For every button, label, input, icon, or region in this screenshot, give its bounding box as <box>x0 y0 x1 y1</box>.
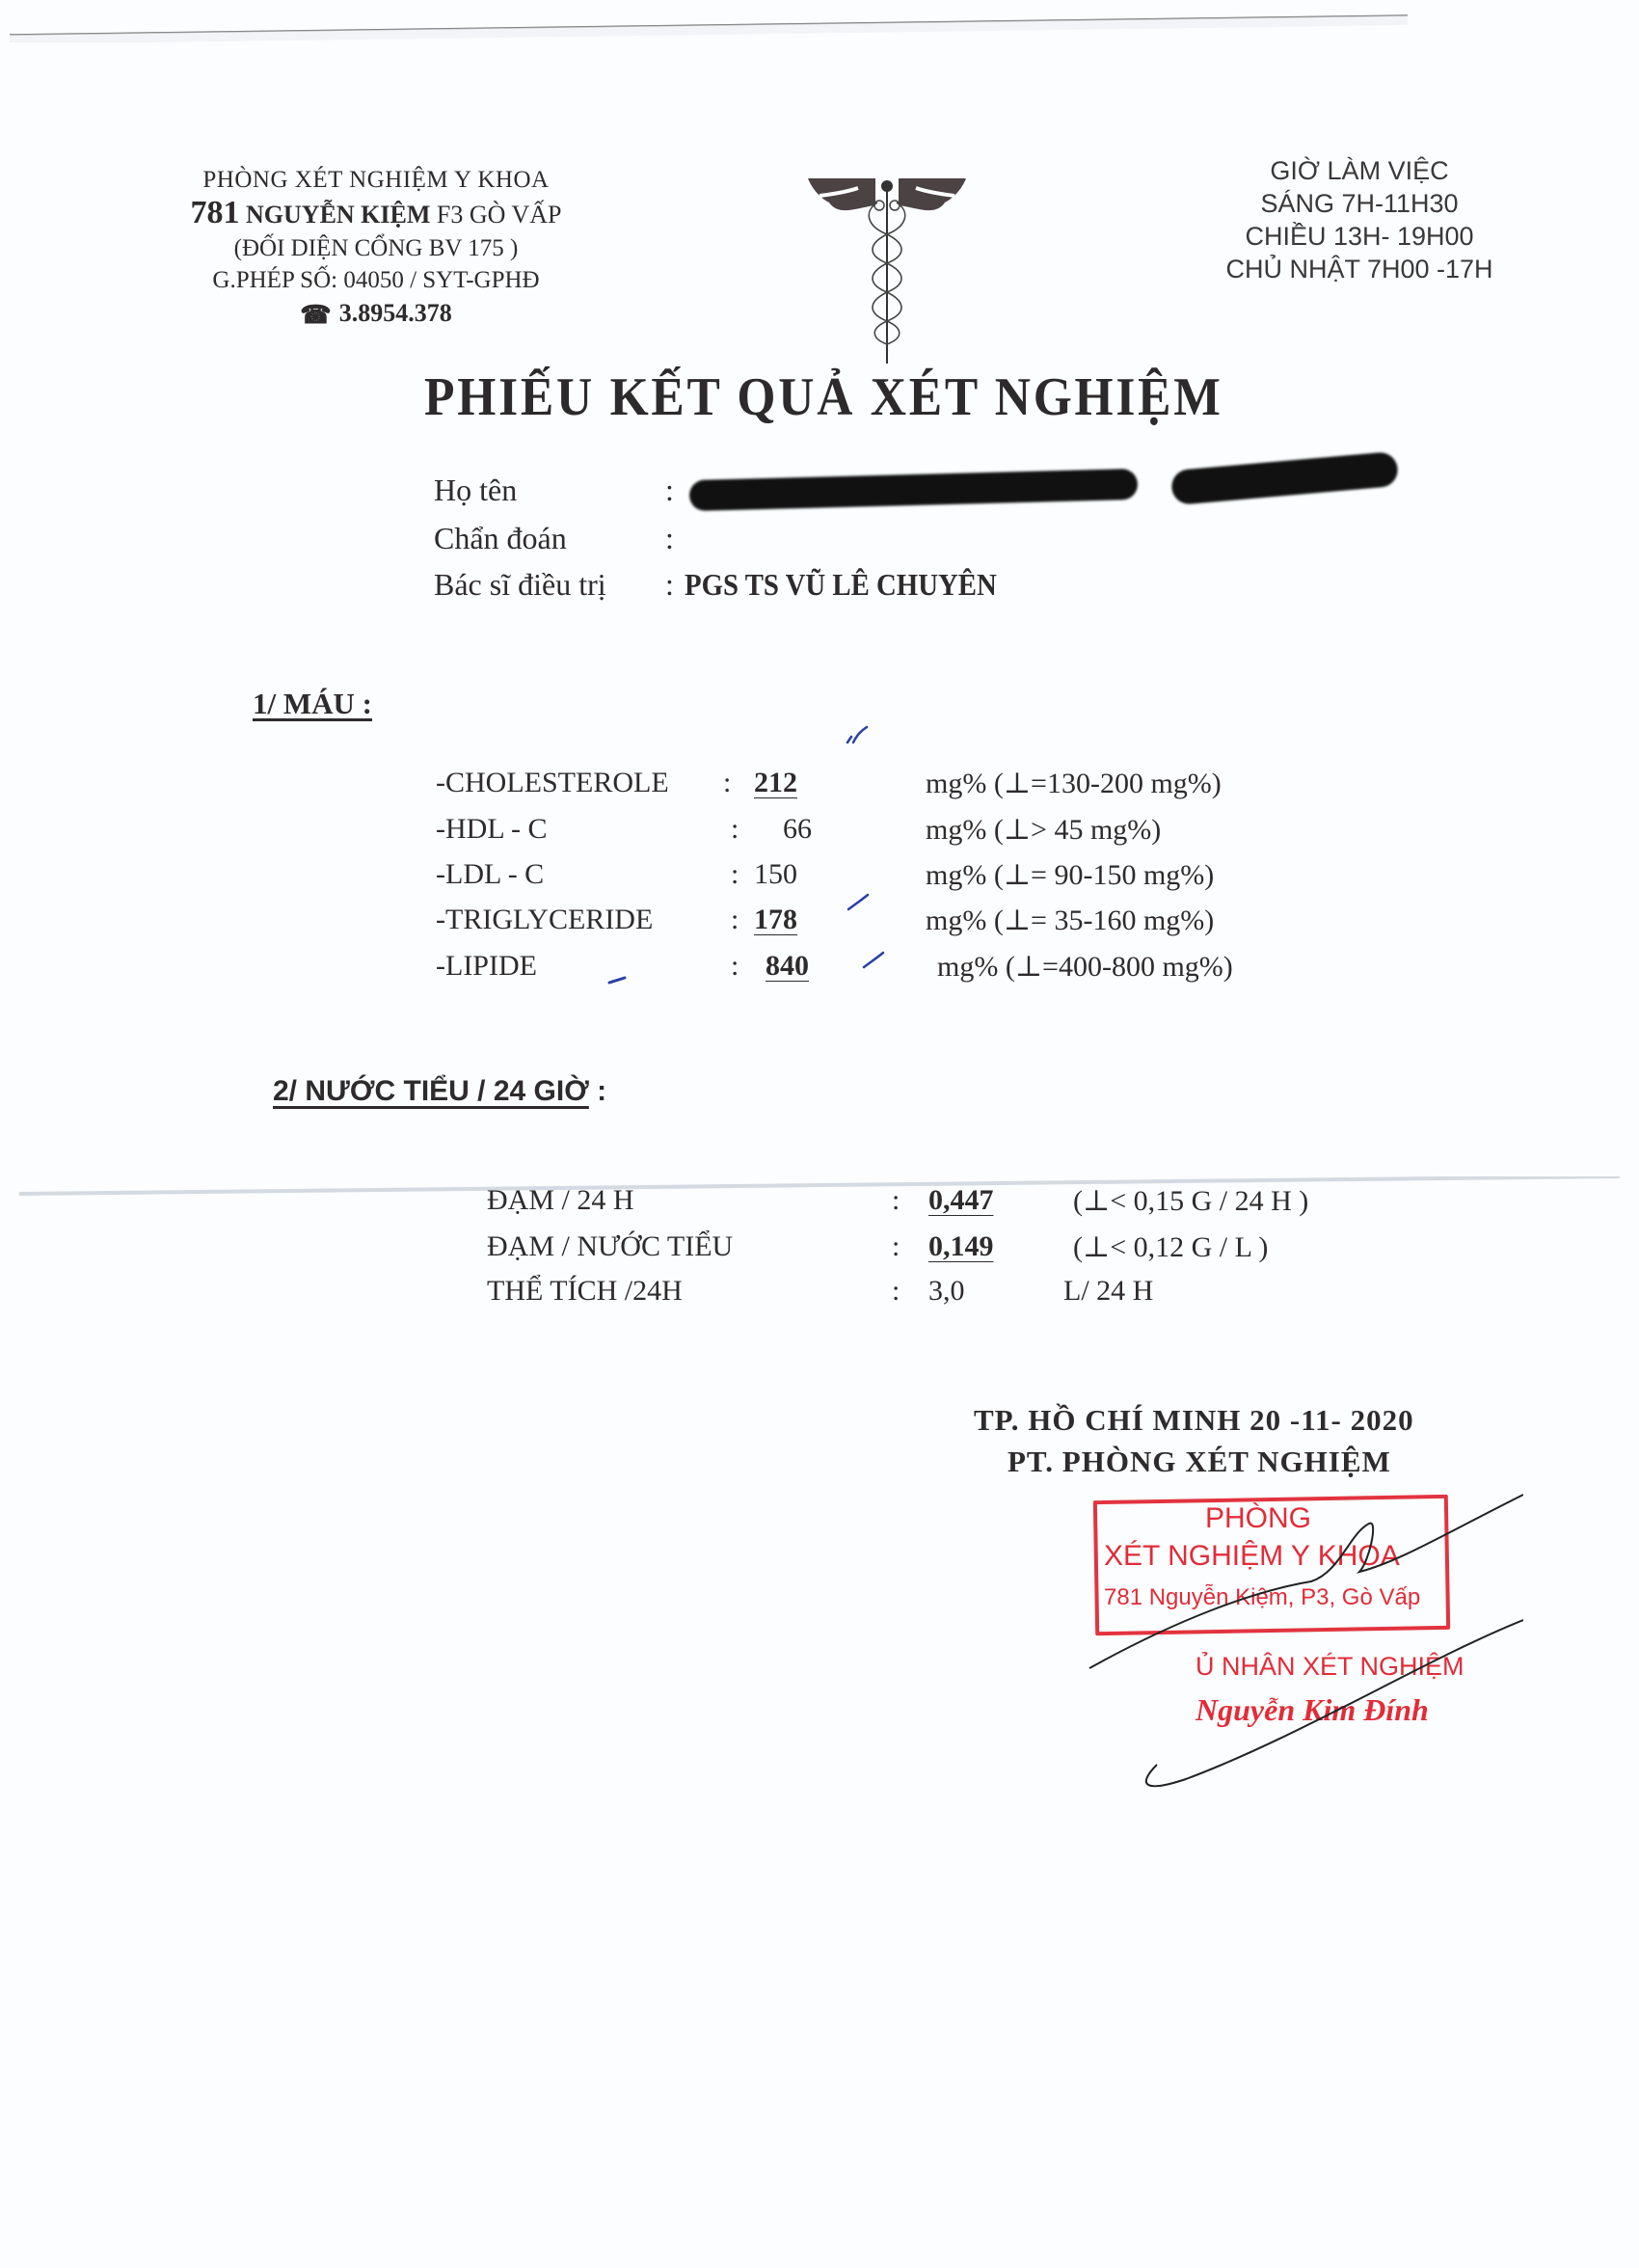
redacted-name-part1 <box>689 469 1139 511</box>
hours-title: GIỜ LÀM VIỆC <box>1196 154 1523 187</box>
hours-morning: SÁNG 7H-11H30 <box>1196 187 1523 220</box>
test-value-abnormal: 840 <box>766 950 809 983</box>
section-urine-heading: 2/ NƯỚC TIỂU / 24 GIỜ : <box>273 1075 606 1108</box>
test-value-abnormal: 0,447 <box>928 1184 994 1217</box>
pen-check-mark <box>844 725 873 746</box>
test-name: -TRIGLYCERIDE <box>436 904 653 936</box>
paper-fold-line <box>0 1176 1639 1196</box>
reference-range: mg% (⊥> 45 mg%) <box>926 813 1161 847</box>
hours-sunday: CHỦ NHẬT 7H00 -17H <box>1196 253 1523 285</box>
pen-dash-mark <box>607 969 636 990</box>
handwritten-signature <box>1061 1475 1523 1794</box>
test-name: -LIPIDE <box>436 950 537 983</box>
doctor-value: PGS TS VŨ LÊ CHUYÊN <box>685 567 997 603</box>
reference-range: (⊥< 0,12 G / L ) <box>1073 1230 1268 1264</box>
patient-name-label: Họ tên <box>434 472 517 508</box>
lab-name: PHÒNG XÉT NGHIỆM Y KHOA <box>125 164 627 196</box>
section-blood-heading: 1/ MÁU : <box>253 687 372 721</box>
working-hours: GIỜ LÀM VIỆC SÁNG 7H-11H30 CHIỀU 13H- 19… <box>1196 154 1523 285</box>
reference-range: (⊥< 0,15 G / 24 H ) <box>1073 1184 1308 1218</box>
test-colon: : <box>892 1184 900 1217</box>
patient-name-colon: : <box>665 472 674 508</box>
test-value: 3,0 <box>928 1275 965 1308</box>
test-colon: : <box>892 1230 900 1263</box>
redacted-name-part2 <box>1170 451 1399 505</box>
test-colon: : <box>731 904 739 936</box>
lab-header: PHÒNG XÉT NGHIỆM Y KHOA 781 NGUYỄN KIỆM … <box>125 164 627 333</box>
test-name: THỂ TÍCH /24H <box>487 1275 683 1308</box>
test-name: -CHOLESTEROLE <box>436 767 669 799</box>
test-colon: : <box>723 767 731 799</box>
reference-range: L/ 24 H <box>1063 1275 1153 1308</box>
doctor-label: Bác sĩ điều trị <box>434 567 606 603</box>
telephone-icon: ☎ <box>300 298 331 333</box>
lab-landmark: (ĐỐI DIỆN CỔNG BV 175 ) <box>125 232 627 264</box>
lab-license: G.PHÉP SỐ: 04050 / SYT-GPHĐ <box>125 264 627 296</box>
test-name: -LDL - C <box>436 858 544 891</box>
department-signatory: PT. PHÒNG XÉT NGHIỆM <box>1008 1444 1391 1479</box>
test-value-abnormal: 178 <box>754 904 797 936</box>
test-value-abnormal: 0,149 <box>928 1230 994 1263</box>
test-colon: : <box>731 858 739 891</box>
hours-afternoon: CHIỀU 13H- 19H00 <box>1196 220 1523 253</box>
lab-address: 781 NGUYỄN KIỆM F3 GÒ VẤP <box>125 196 627 232</box>
place-and-date: TP. HỒ CHÍ MINH 20 -11- 2020 <box>974 1403 1414 1438</box>
test-value-abnormal: 212 <box>754 767 797 799</box>
reference-range: mg% (⊥= 90-150 mg%) <box>926 858 1214 892</box>
test-name: ĐẠM / NƯỚC TIỂU <box>487 1230 733 1263</box>
lab-phone: ☎3.8954.378 <box>125 296 627 333</box>
pen-check-mark <box>845 892 873 913</box>
diagnosis-label: Chẩn đoán <box>434 521 567 556</box>
test-colon: : <box>731 950 739 983</box>
test-name: ĐẠM / 24 H <box>487 1184 634 1217</box>
test-name: -HDL - C <box>436 813 548 846</box>
caduceus-icon <box>800 159 974 366</box>
reference-range: mg% (⊥=130-200 mg%) <box>926 767 1222 800</box>
document-title: PHIẾU KẾT QUẢ XÉT NGHIỆM <box>424 366 1223 428</box>
reference-range: mg% (⊥= 35-160 mg%) <box>926 904 1214 937</box>
test-colon: : <box>892 1275 900 1308</box>
test-value: 66 <box>783 813 812 846</box>
pen-check-mark <box>860 950 889 971</box>
reference-range: mg% (⊥=400-800 mg%) <box>937 950 1233 984</box>
diagnosis-colon: : <box>665 521 674 556</box>
test-value: 150 <box>754 858 797 891</box>
doctor-colon: : <box>665 567 674 603</box>
test-colon: : <box>731 813 739 846</box>
paper-top-edge <box>10 13 1620 42</box>
